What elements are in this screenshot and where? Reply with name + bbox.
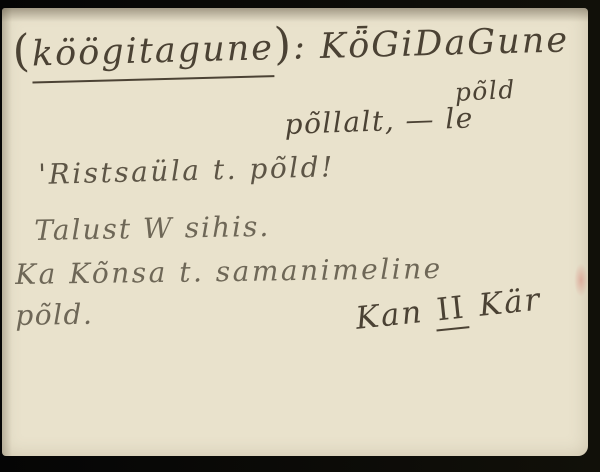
paper-edge-shadow-left bbox=[2, 8, 12, 456]
signature-pre: Kan bbox=[354, 293, 437, 337]
line-konsa: Ka Kõnsa t. samanimeline bbox=[15, 252, 443, 291]
signature-line: Kan II Kär bbox=[354, 282, 543, 337]
line-talust: Talust W sihis. bbox=[34, 210, 271, 247]
signature-post: Kär bbox=[465, 282, 543, 326]
signature-numeral: II bbox=[433, 289, 469, 331]
scanned-card: (köögitagune): KȫGiDaGune põld põllalt, … bbox=[0, 0, 600, 472]
headword-paren-close: ) bbox=[273, 19, 294, 70]
note-paper: (köögitagune): KȫGiDaGune põld põllalt, … bbox=[2, 8, 588, 456]
line-pold-last: põld. bbox=[15, 298, 94, 332]
headword-paren-open: ( bbox=[12, 25, 33, 76]
headword-separator: : bbox=[293, 27, 321, 68]
line-case-forms: põllalt, — le bbox=[284, 101, 474, 141]
phonetic-transcription: KȫGiDaGune bbox=[319, 20, 569, 67]
scan-artifact-smudge bbox=[574, 263, 588, 297]
line-ristsaula: 'Ristsaüla t. põld! bbox=[38, 150, 335, 191]
headword-text: köögitagune bbox=[31, 28, 274, 83]
